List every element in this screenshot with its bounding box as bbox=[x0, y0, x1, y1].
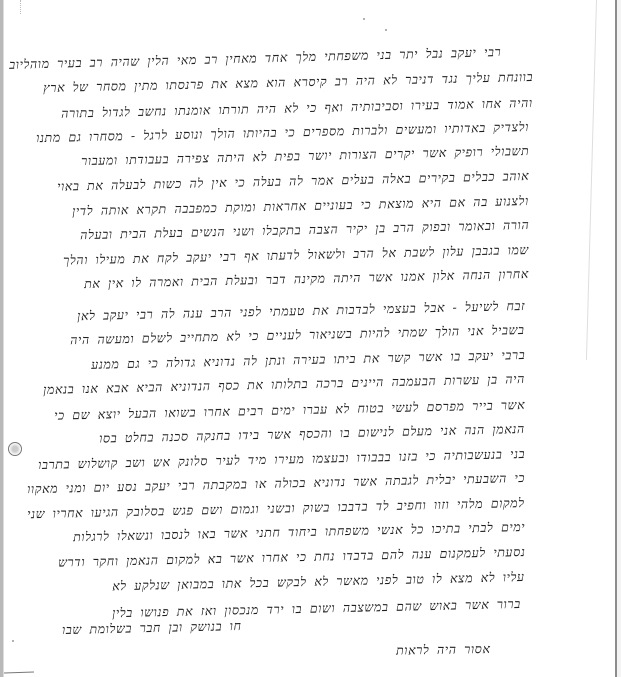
text-line-17: בני בנעשבותיה כי בזנו בבבודו ובעצמו מעיר… bbox=[38, 446, 525, 473]
text-line-8: הורה ובאומר ובפוק הרב בן יקיר הצבה בתקבל… bbox=[80, 217, 530, 243]
paper-fold-line bbox=[586, 0, 597, 360]
text-line-24: חו בנושק ובן חבר בשלומת שבו bbox=[61, 618, 241, 638]
text-line-13: ברבי יעקב בו אשר קשר את ביתו בעירה ונתן … bbox=[91, 347, 526, 373]
text-line-2: בוונחת עליך נגד דניבר לא היה רב קיסרא הו… bbox=[43, 69, 533, 96]
signature-line: אסור היה לראות bbox=[396, 641, 491, 659]
scan-artifact-line bbox=[4, 671, 34, 673]
text-line-11: זבח לשיעל - אבל בעצמי לבדבות את טעמתי לפ… bbox=[77, 298, 525, 324]
text-line-4: ולצדיק באדותיו ומעשים ולברות מספרים כי ב… bbox=[36, 119, 529, 146]
scan-speck bbox=[385, 29, 387, 31]
text-line-10: אחרון הנחה אלון אמנו אשר היתה מקינה דבר … bbox=[84, 266, 529, 292]
text-line-7: ולצנוע בה אם היא מוצאת כי בעוניים אחראות… bbox=[72, 193, 529, 219]
text-line-18: כי השבעתי יבלית לגבתה אשר נדוניא בכולה א… bbox=[27, 470, 525, 497]
text-line-19: למקום מלהי וזוו וחפיב לד בדבבו בשוק ובשנ… bbox=[27, 495, 525, 522]
ink-blot-mark bbox=[8, 442, 22, 456]
text-line-9: שמו בגבבן עלון לשבת אל הרב ולשאול לדעתו … bbox=[63, 242, 529, 269]
text-line-23: ברור אשר באוש שהם במשצבה ושום בו ירד מנכ… bbox=[112, 596, 521, 621]
scan-speck bbox=[363, 18, 365, 20]
text-line-21: נסעתי לעמקנום ענה להם בדבדו נחת כי אחרו … bbox=[57, 544, 525, 571]
right-page-margin bbox=[617, 0, 621, 677]
text-line-22: עליו לא מצא לו טוב לפני מאשר לא לבקש בכל… bbox=[112, 569, 525, 594]
text-line-1: רבי יעקב נבל יתר בני משפחתי מלך אחד מאחי… bbox=[9, 44, 501, 73]
text-line-5: תשבולי רופיק אשר יקרים הצורות יושר בפית … bbox=[81, 143, 529, 169]
text-line-3: והיה אחו אמוד בעירו וסביבותיה ואף כי לא … bbox=[61, 95, 533, 122]
text-line-14: היה בן עשרות הבעמבה היינים ברכה בתלותו א… bbox=[43, 371, 525, 398]
left-page-edge-shadow bbox=[3, 0, 4, 677]
text-line-20: ימים לבתי בתיכו כל אנשי משפחתו ביחוד חתנ… bbox=[73, 519, 525, 545]
scanned-page: רבי יעקב נבל יתר בני משפחתי מלך אחד מאחי… bbox=[0, 0, 621, 677]
text-line-15: אשר בייר מפרסם לעשי בטוח לא עברו ימים רב… bbox=[54, 397, 525, 424]
scan-artifact-dash bbox=[20, 0, 22, 14]
text-line-6: אוהב כבלים בקירים באלה בעלים אמר לה בעלה… bbox=[57, 168, 529, 195]
text-line-12: בשביל אני הולך שמתי להיות בשניאור לעניים… bbox=[70, 322, 525, 348]
scan-speck bbox=[12, 640, 14, 642]
text-line-16: הנאמן הנה אני מעלם לנישום בו והכסף אשר ב… bbox=[99, 421, 525, 447]
